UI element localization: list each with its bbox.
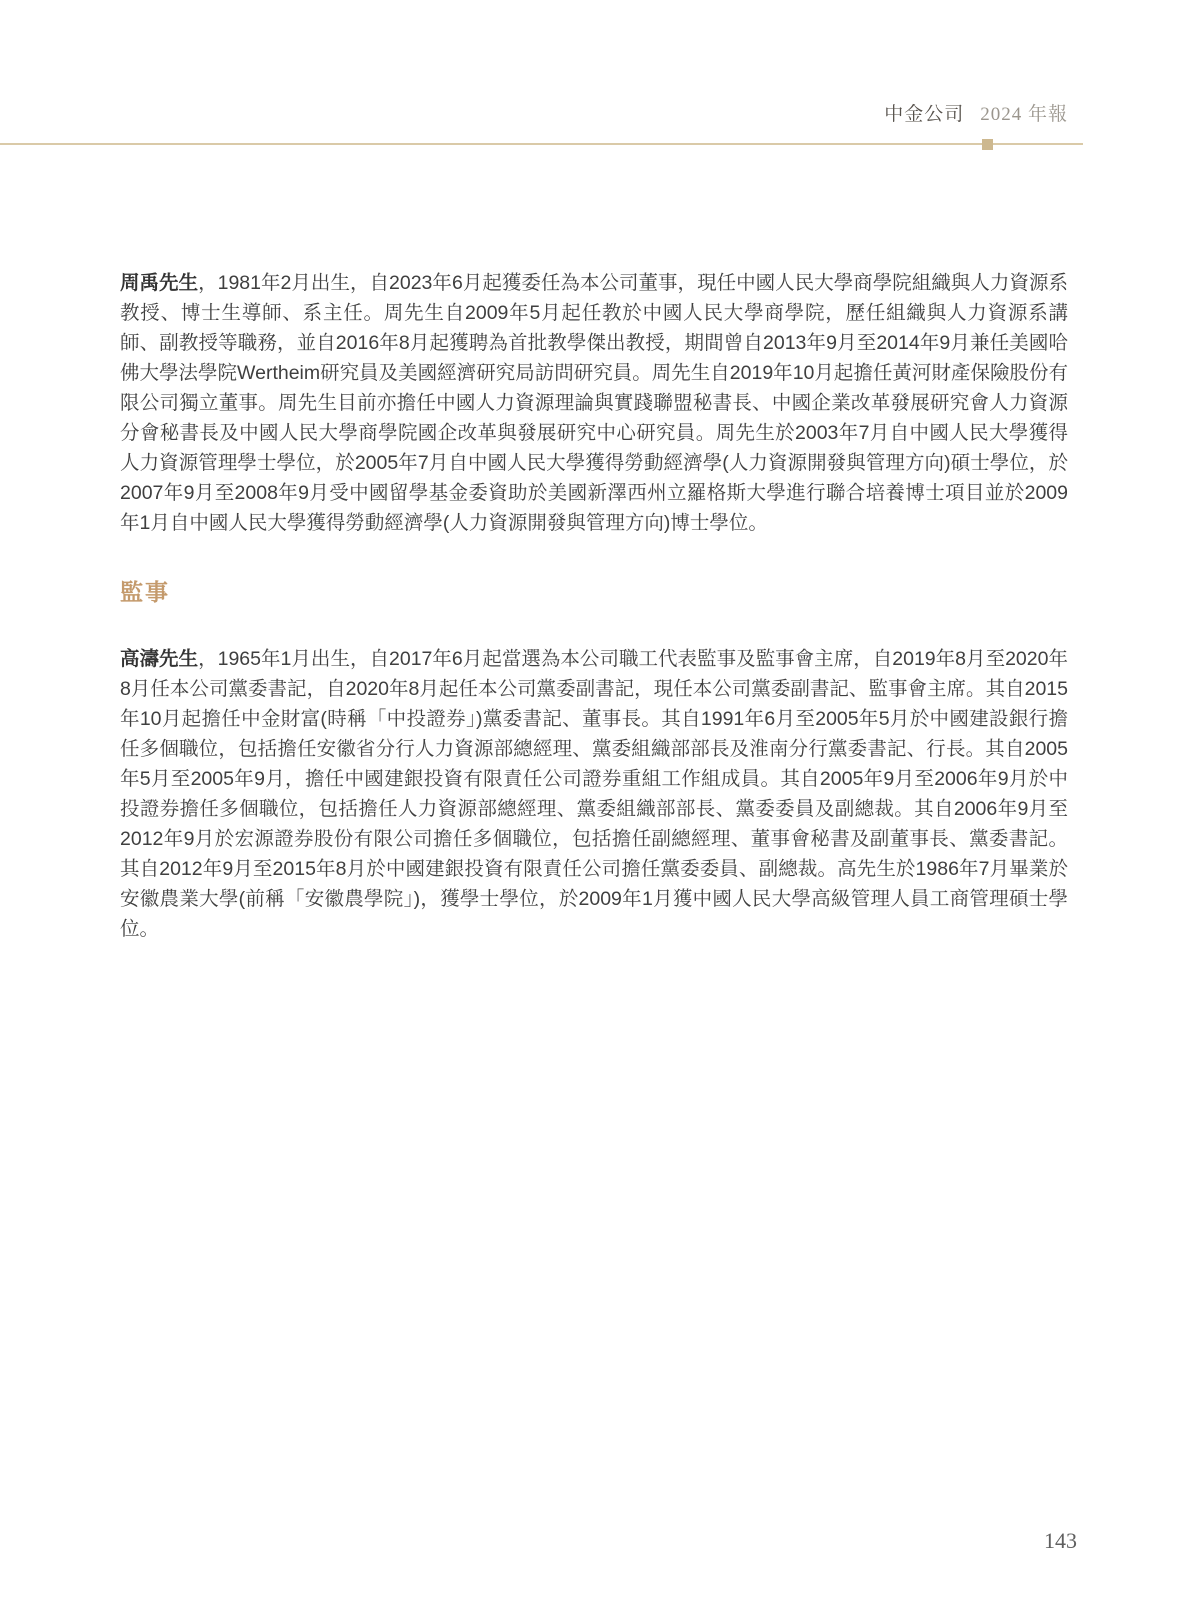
rule-square-marker bbox=[982, 139, 993, 150]
annual-report-page: 中金公司2024 年報 周禹先生，1981年2月出生，自2023年6月起獲委任為… bbox=[0, 0, 1190, 1615]
supervisor-bio-text: ，1965年1月出生，自2017年6月起當選為本公司職工代表監事及監事會主席，自… bbox=[120, 648, 1068, 940]
supervisor-name: 高濤先生 bbox=[120, 648, 198, 670]
header-company-name: 中金公司 bbox=[884, 104, 964, 125]
page-content: 周禹先生，1981年2月出生，自2023年6月起獲委任為本公司董事，現任中國人民… bbox=[120, 268, 1068, 944]
header-rule bbox=[0, 143, 1083, 145]
supervisors-section-heading: 監事 bbox=[120, 576, 1068, 608]
page-header: 中金公司2024 年報 bbox=[0, 99, 1068, 126]
header-report-year: 2024 年報 bbox=[980, 104, 1068, 125]
page-number: 143 bbox=[1044, 1528, 1077, 1554]
director-bio-text: ，1981年2月出生，自2023年6月起獲委任為本公司董事，現任中國人民大學商學… bbox=[120, 272, 1068, 534]
director-bio-paragraph: 周禹先生，1981年2月出生，自2023年6月起獲委任為本公司董事，現任中國人民… bbox=[120, 268, 1068, 538]
supervisor-bio-paragraph: 高濤先生，1965年1月出生，自2017年6月起當選為本公司職工代表監事及監事會… bbox=[120, 644, 1068, 944]
director-name: 周禹先生 bbox=[120, 272, 198, 294]
